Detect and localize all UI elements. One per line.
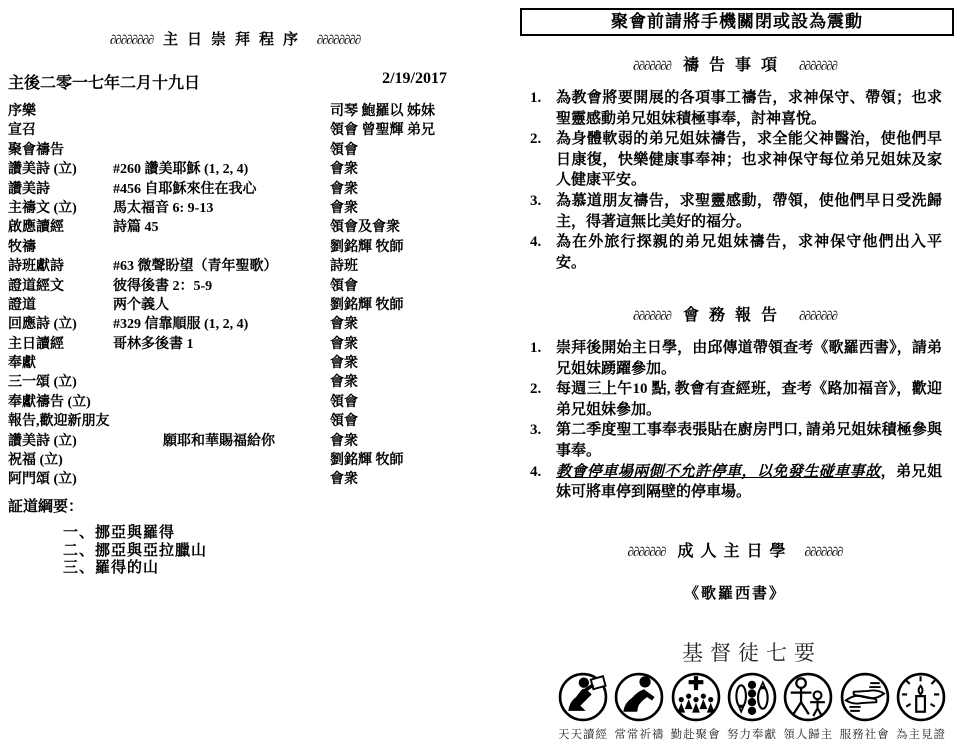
seven-essential-item: 常常祈禱 — [612, 671, 666, 739]
scroll-ornament-icon: ∂∂∂∂∂∂∂ — [633, 308, 671, 323]
program-leader: 會衆 — [330, 470, 462, 489]
business-section-heading: ∂∂∂∂∂∂∂ 會務報告 ∂∂∂∂∂∂∂ — [520, 302, 950, 325]
seven-essential-item: 為主見證 — [894, 671, 948, 739]
pray-icon — [613, 671, 665, 723]
offering-icon — [726, 671, 778, 723]
program-row: 證道經文彼得後書 2：5-9領會 — [8, 277, 462, 296]
program-row: 牧禱劉銘輝 牧師 — [8, 238, 462, 257]
program-desc: 馬太福音 6: 9-13 — [113, 199, 330, 218]
program-desc: #329 信靠順服 (1, 2, 4) — [113, 315, 330, 334]
program-row: 序樂司琴 鮑羅以 姊妹 — [8, 102, 462, 121]
date-row: 主後二零一七年二月十九日 2/19/2017 — [8, 70, 462, 93]
seven-essential-item: 勤赴聚會 — [669, 671, 723, 739]
list-number: 2. — [530, 129, 556, 191]
program-desc — [113, 373, 330, 392]
list-number: 3. — [530, 191, 556, 232]
program-leader: 會衆 — [330, 354, 462, 373]
program-item: 序樂 — [8, 102, 113, 121]
program-row: 報告,歡迎新朋友領會 — [8, 412, 462, 431]
prayer-section-heading: ∂∂∂∂∂∂∂ 禱告事項 ∂∂∂∂∂∂∂ — [520, 52, 950, 75]
program-item: 證道 — [8, 296, 113, 315]
outline-item: 三、羅得的山 — [63, 560, 207, 578]
outline-item: 一、挪亞與羅得 — [63, 525, 207, 543]
program-leader: 會衆 — [330, 199, 462, 218]
program-item: 主禱文 (立) — [8, 199, 113, 218]
program-item: 回應詩 (立) — [8, 315, 113, 334]
program-item: 奉獻 — [8, 354, 113, 373]
list-item: 4.為在外旅行探親的弟兄姐妹禱告，求神保守他們出入平安。 — [530, 232, 942, 273]
date-numeric: 2/19/2017 — [382, 70, 447, 93]
assembly-icon — [670, 671, 722, 723]
icon-label: 服務社會 — [840, 726, 890, 739]
business-report-list: 1.崇拜後開始主日學，由邱傳道帶領查考《歌羅西書》，請弟兄姐妹踴躍參加。2.每週… — [530, 338, 942, 503]
scroll-ornament-icon: ∂∂∂∂∂∂∂ — [799, 308, 837, 323]
seven-essential-item: 努力奉獻 — [725, 671, 779, 739]
program-item: 讚美詩 — [8, 180, 113, 199]
sermon-outline-list: 一、挪亞與羅得二、挪亞與亞拉臘山三、羅得的山 — [63, 525, 207, 578]
list-number: 3. — [530, 420, 556, 461]
program-row: 讚美詩 (立)#260 讚美耶穌 (1, 2, 4)會衆 — [8, 160, 462, 179]
program-leader: 詩班 — [330, 257, 462, 276]
program-leader: 領會 — [330, 393, 462, 412]
program-desc — [113, 354, 330, 373]
list-text: 為身體軟弱的弟兄姐妹禱告，求全能父神醫治，使他們早日康復，快樂健康事奉神；也求神… — [556, 129, 942, 191]
list-text: 為慕道朋友禱告，求聖靈感動，帶領，使他們早日受洗歸主，得著這無比美好的福分。 — [556, 191, 942, 232]
seven-essentials-title: 基督徒七要 — [556, 637, 948, 667]
list-text: 第二季度聖工事奉表張貼在廚房門口, 請弟兄姐妹積極參與事奉。 — [556, 420, 942, 461]
program-leader: 會衆 — [330, 335, 462, 354]
read-bible-icon — [557, 671, 609, 723]
program-row: 主日讀經哥林多後書 1會衆 — [8, 335, 462, 354]
program-desc — [113, 121, 330, 140]
program-item: 三一頌 (立) — [8, 373, 113, 392]
worship-order-title: 主日崇拜程序 — [163, 32, 307, 48]
icon-label: 勤赴聚會 — [671, 726, 721, 739]
scroll-ornament-icon: ∂∂∂∂∂∂∂∂ — [317, 32, 360, 47]
seven-essential-item: 天天讀經 — [556, 671, 610, 739]
program-item: 詩班獻詩 — [8, 257, 113, 276]
scroll-ornament-icon: ∂∂∂∂∂∂∂ — [805, 544, 843, 559]
program-item: 啟應讀經 — [8, 218, 113, 237]
list-item: 4.教會停車場兩側不允許停車，以免發生碰車事故，弟兄姐妹可將車停到隔壁的停車場。 — [530, 462, 942, 503]
program-leader: 劉銘輝 牧師 — [330, 238, 462, 257]
program-item: 主日讀經 — [8, 335, 113, 354]
program-leader: 領會 曾聖輝 弟兄 — [330, 121, 462, 140]
serve-society-icon — [839, 671, 891, 723]
program-row: 啟應讀經詩篇 45領會及會衆 — [8, 218, 462, 237]
program-desc: #456 自耶穌來住在我心 — [113, 180, 330, 199]
program-row: 宣召領會 曾聖輝 弟兄 — [8, 121, 462, 140]
bulletin-page: ∂∂∂∂∂∂∂∂ 主日崇拜程序 ∂∂∂∂∂∂∂∂ 主後二零一七年二月十九日 2/… — [0, 0, 956, 739]
program-desc — [113, 141, 330, 160]
scroll-ornament-icon: ∂∂∂∂∂∂∂ — [628, 544, 666, 559]
program-desc — [113, 451, 330, 470]
program-desc: #63 微聲盼望（青年聖歌） — [113, 257, 330, 276]
program-leader: 領會 — [330, 277, 462, 296]
program-leader: 會衆 — [330, 160, 462, 179]
list-text: 每週三上午10 點, 教會有查經班，查考《路加福音》，歡迎弟兄姐妹參加。 — [556, 379, 942, 420]
program-desc — [113, 412, 330, 431]
sunday-school-heading: ∂∂∂∂∂∂∂ 成人主日學 ∂∂∂∂∂∂∂ — [520, 538, 950, 561]
program-leader: 領會及會衆 — [330, 218, 462, 237]
worship-order-heading: ∂∂∂∂∂∂∂∂ 主日崇拜程序 ∂∂∂∂∂∂∂∂ — [8, 28, 462, 49]
program-leader: 司琴 鮑羅以 姊妹 — [330, 102, 462, 121]
list-text: 崇拜後開始主日學，由邱傳道帶領查考《歌羅西書》，請弟兄姐妹踴躍參加。 — [556, 338, 942, 379]
scroll-ornament-icon: ∂∂∂∂∂∂∂∂ — [110, 32, 153, 47]
program-item: 讚美詩 (立) — [8, 432, 113, 451]
program-desc: 两个義人 — [113, 296, 330, 315]
icon-label: 為主見證 — [896, 726, 946, 739]
icon-label: 天天讀經 — [558, 726, 608, 739]
program-leader: 劉銘輝 牧師 — [330, 296, 462, 315]
program-item: 阿門頌 (立) — [8, 470, 113, 489]
program-leader: 會衆 — [330, 315, 462, 334]
sunday-school-book: 《歌羅西書》 — [520, 582, 950, 603]
program-desc — [113, 470, 330, 489]
sunday-school-title: 成人主日學 — [677, 543, 792, 560]
program-row: 奉獻禱告 (立)領會 — [8, 393, 462, 412]
prayer-section-title: 禱告事項 — [683, 57, 787, 74]
program-row: 三一頌 (立)會衆 — [8, 373, 462, 392]
program-leader: 領會 — [330, 412, 462, 431]
program-item: 宣召 — [8, 121, 113, 140]
seven-essentials-icons: 天天讀經常常祈禱勤赴聚會努力奉獻領人歸主服務社會為主見證 — [556, 671, 948, 739]
list-number: 2. — [530, 379, 556, 420]
sermon-outline-heading: 証道綱要： — [8, 495, 83, 516]
prayer-list: 1.為教會將要開展的各項事工禱告，求神保守、帶領；也求聖靈感動弟兄姐妹積極事奉，… — [530, 88, 942, 273]
scroll-ornament-icon: ∂∂∂∂∂∂∂ — [633, 58, 671, 73]
program-row: 回應詩 (立)#329 信靠順服 (1, 2, 4)會衆 — [8, 315, 462, 334]
program-desc: 願耶和華賜福給你 — [113, 432, 330, 451]
business-section-title: 會務報告 — [683, 307, 787, 324]
program-desc — [113, 393, 330, 412]
program-item: 祝福 (立) — [8, 451, 113, 470]
seven-essential-item: 服務社會 — [838, 671, 892, 739]
program-desc: 彼得後書 2：5-9 — [113, 277, 330, 296]
program-leader: 會衆 — [330, 180, 462, 199]
program-item: 讚美詩 (立) — [8, 160, 113, 179]
seven-essential-item: 領人歸主 — [781, 671, 835, 739]
list-text: 教會停車場兩側不允許停車，以免發生碰車事故，弟兄姐妹可將車停到隔壁的停車場。 — [556, 462, 942, 503]
date-chinese: 主後二零一七年二月十九日 — [8, 70, 200, 93]
list-item: 3.第二季度聖工事奉表張貼在廚房門口, 請弟兄姐妹積極參與事奉。 — [530, 420, 942, 461]
program-row: 聚會禱告領會 — [8, 141, 462, 160]
program-desc — [113, 238, 330, 257]
program-leader: 劉銘輝 牧師 — [330, 451, 462, 470]
icon-label: 努力奉獻 — [727, 726, 777, 739]
program-row: 奉獻會衆 — [8, 354, 462, 373]
program-desc: 哥林多後書 1 — [113, 335, 330, 354]
list-text-emphasis: 教會停車場兩側不允許停車，以免發生碰車事故 — [556, 464, 881, 480]
program-row: 詩班獻詩#63 微聲盼望（青年聖歌）詩班 — [8, 257, 462, 276]
program-item: 證道經文 — [8, 277, 113, 296]
program-desc: #260 讚美耶穌 (1, 2, 4) — [113, 160, 330, 179]
list-text: 為教會將要開展的各項事工禱告，求神保守、帶領；也求聖靈感動弟兄姐妹積極事奉，討神… — [556, 88, 942, 129]
program-leader: 領會 — [330, 141, 462, 160]
phone-notice-box: 聚會前請將手機關閉或設為震動 — [520, 8, 954, 36]
outline-item: 二、挪亞與亞拉臘山 — [63, 543, 207, 561]
list-item: 1.為教會將要開展的各項事工禱告，求神保守、帶領；也求聖靈感動弟兄姐妹積極事奉，… — [530, 88, 942, 129]
program-item: 報告,歡迎新朋友 — [8, 412, 113, 431]
program-item: 聚會禱告 — [8, 141, 113, 160]
icon-label: 常常祈禱 — [614, 726, 664, 739]
program-leader: 會衆 — [330, 432, 462, 451]
icon-label: 領人歸主 — [783, 726, 833, 739]
program-row: 阿門頌 (立)會衆 — [8, 470, 462, 489]
scroll-ornament-icon: ∂∂∂∂∂∂∂ — [799, 58, 837, 73]
list-item: 2.為身體軟弱的弟兄姐妹禱告，求全能父神醫治，使他們早日康復，快樂健康事奉神；也… — [530, 129, 942, 191]
lead-people-icon — [782, 671, 834, 723]
program-table: 序樂司琴 鮑羅以 姊妹宣召領會 曾聖輝 弟兄聚會禱告領會讚美詩 (立)#260 … — [8, 102, 462, 490]
list-text: 為在外旅行探親的弟兄姐妹禱告，求神保守他們出入平安。 — [556, 232, 942, 273]
program-leader: 會衆 — [330, 373, 462, 392]
list-number: 1. — [530, 338, 556, 379]
program-item: 牧禱 — [8, 238, 113, 257]
program-desc — [113, 102, 330, 121]
list-number: 1. — [530, 88, 556, 129]
list-number: 4. — [530, 462, 556, 503]
program-row: 證道两个義人劉銘輝 牧師 — [8, 296, 462, 315]
program-row: 祝福 (立)劉銘輝 牧師 — [8, 451, 462, 470]
program-row: 讚美詩 (立)願耶和華賜福給你會衆 — [8, 432, 462, 451]
program-row: 主禱文 (立)馬太福音 6: 9-13會衆 — [8, 199, 462, 218]
seven-essentials: 基督徒七要 天天讀經常常祈禱勤赴聚會努力奉獻領人歸主服務社會為主見證 — [556, 637, 948, 739]
program-item: 奉獻禱告 (立) — [8, 393, 113, 412]
program-desc: 詩篇 45 — [113, 218, 330, 237]
witness-icon — [895, 671, 947, 723]
program-row: 讚美詩#456 自耶穌來住在我心會衆 — [8, 180, 462, 199]
list-item: 1.崇拜後開始主日學，由邱傳道帶領查考《歌羅西書》，請弟兄姐妹踴躍參加。 — [530, 338, 942, 379]
list-item: 2.每週三上午10 點, 教會有查經班，查考《路加福音》，歡迎弟兄姐妹參加。 — [530, 379, 942, 420]
list-number: 4. — [530, 232, 556, 273]
list-item: 3.為慕道朋友禱告，求聖靈感動，帶領，使他們早日受洗歸主，得著這無比美好的福分。 — [530, 191, 942, 232]
announcements-column: 聚會前請將手機關閉或設為震動 ∂∂∂∂∂∂∂ 禱告事項 ∂∂∂∂∂∂∂ 1.為教… — [520, 8, 950, 739]
